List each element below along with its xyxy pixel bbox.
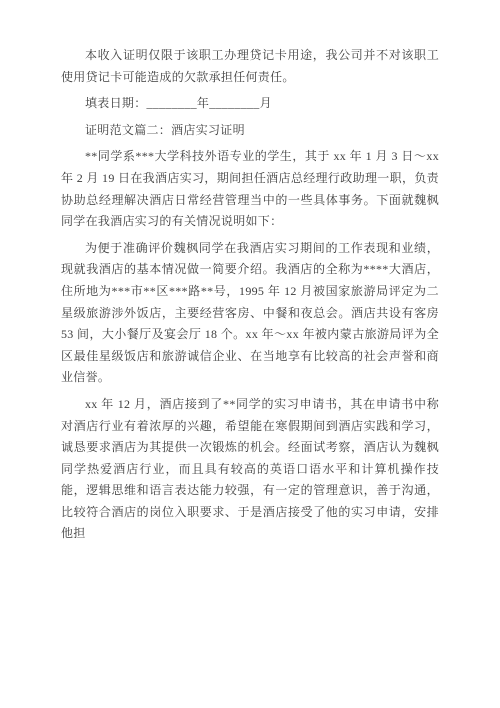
intern-introduction-paragraph: **同学系***大学科技外语专业的学生，其于 xx 年 1 月 3 日～xx 年… (61, 146, 439, 232)
document-body: 本收入证明仅限于该职工办理贷记卡用途，我公司并不对该职工使用贷记卡可能造成的欠款… (61, 45, 439, 545)
income-certificate-disclaimer: 本收入证明仅限于该职工办理贷记卡用途，我公司并不对该职工使用贷记卡可能造成的欠款… (61, 45, 439, 88)
internship-application-paragraph: xx 年 12 月，酒店接到了**同学的实习申请书，其在申请书中称对酒店行业有着… (61, 394, 439, 545)
document-page: 本收入证明仅限于该职工办理贷记卡用途，我公司并不对该职工使用贷记卡可能造成的欠款… (0, 0, 500, 708)
hotel-profile-paragraph: 为便于准确评价魏枫同学在我酒店实习期间的工作表现和业绩，现就我酒店的基本情况做一… (61, 238, 439, 389)
fill-date-line: 填表日期：________年________月 (61, 93, 439, 115)
section-title: 证明范文篇二：酒店实习证明 (61, 120, 439, 142)
